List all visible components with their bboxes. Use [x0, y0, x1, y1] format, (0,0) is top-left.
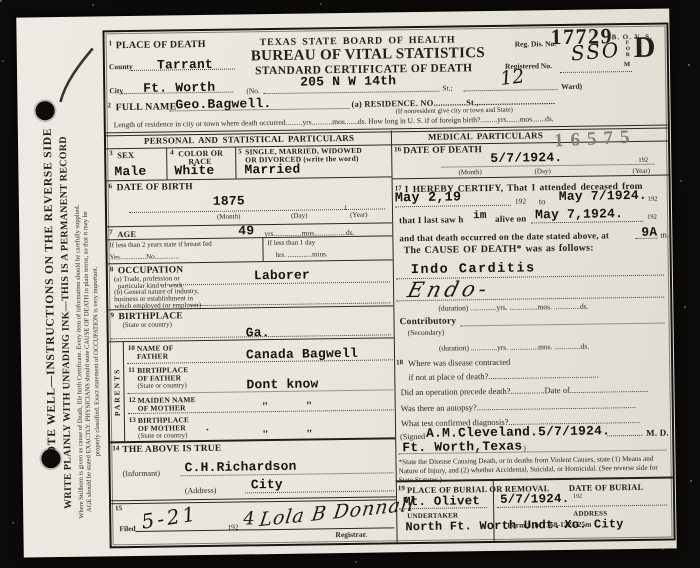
margin-instruction-smallprint: Where Stillborn is given as cause of Dea…: [74, 200, 104, 522]
section-5-number: 5: [238, 147, 242, 155]
section-7-number: 7: [109, 228, 113, 236]
date-of-death-value: 5/7/1924.: [490, 150, 562, 166]
burial-place-line: [399, 507, 487, 509]
form-d-letter: D: [634, 31, 656, 65]
dob-month-label: (Month): [217, 212, 240, 220]
street-value: 205 N W 14th: [300, 73, 396, 89]
age-label: AGE: [117, 229, 136, 239]
mother-birthplace-sub: (State or country): [138, 431, 187, 440]
hrs-mins-label: hrs. ..............mins.: [276, 250, 328, 259]
registered-no-label: Registered No.: [505, 61, 552, 71]
occupation-value: Laborer: [254, 268, 310, 284]
cause-duration-label: (duration) ..............yrs. ..........…: [438, 302, 588, 313]
autopsy-question: Was there an autopsy?...................…: [401, 400, 637, 413]
father-name-label2: FATHER: [137, 351, 168, 360]
certificate-card: NOTE WELL—INSTRUCTIONS ON THE REVERSE SI…: [16, 8, 676, 557]
dob-one-label: 1: [344, 204, 348, 212]
parents-vertical-label: PARENTS: [112, 368, 122, 417]
certify-saw-line: [531, 221, 643, 224]
date-of-burial-label: DATE OF BURIAL: [569, 482, 644, 493]
informant-value: C.H.Richardson: [184, 459, 296, 476]
form-m-letter: M: [624, 61, 630, 68]
dod-month-label: (Month): [458, 168, 481, 176]
section-15-number: 15: [115, 504, 122, 512]
rule-parents-strip: [123, 341, 125, 441]
certify-m-label: m.: [660, 229, 669, 239]
county-label: County: [109, 62, 133, 71]
section-2-number: 2: [107, 101, 111, 109]
registered-no-value: SSO: [570, 37, 621, 65]
filed-date-handwritten: 5-21: [140, 501, 200, 533]
color-race-value: White: [174, 163, 214, 179]
certify-from-line: [395, 205, 511, 208]
informant-label: (Informant): [123, 469, 160, 479]
dod-day-label: (Day): [534, 167, 550, 175]
section-6-number: 6: [109, 182, 113, 190]
rule-age-sub-divider: [262, 237, 263, 261]
certificate-form: 1 PLACE OF DEATH County Tarrant City Ft.…: [102, 22, 675, 548]
rule-sex-color: [166, 147, 167, 179]
dod-192-label: 192: [638, 157, 648, 164]
mother-birthplace-bullet: •: [206, 425, 209, 434]
background-speckles: [0, 0, 2, 2]
informant-address-value: City: [251, 477, 283, 492]
contributory-line: [461, 323, 665, 327]
above-is-true-label: THE ABOVE IS TRUE: [122, 444, 221, 455]
date-of-burial-192: 192: [573, 494, 582, 500]
certify-line2a: that I last saw h: [399, 214, 464, 225]
place-of-death-label: PLACE OF DEATH: [116, 39, 206, 51]
less-than-day-label: If less than 1 day: [267, 238, 315, 247]
ward-label: Ward): [561, 82, 582, 91]
registrar-label: Registrar.: [335, 530, 367, 539]
form-vertical-letters: FOR: [626, 40, 632, 58]
cause-typed-value: Indo Carditis: [411, 261, 536, 278]
file-number-stamp: 16575: [554, 127, 637, 153]
operation-question: Did an operation precede death?.........…: [400, 384, 648, 397]
section-4-number: 4: [170, 148, 174, 156]
undertaker-value: North Ft. Worth Undt.: [405, 518, 561, 534]
date-of-birth-label: DATE OF BIRTH: [117, 182, 193, 193]
marital-value: Married: [244, 162, 300, 178]
address-label: (Address): [185, 486, 217, 495]
contributory-sub-label: (Secondary): [408, 328, 445, 338]
section-14-number: 14: [112, 444, 119, 452]
dob-year-label: (Year): [350, 211, 368, 219]
section-13-number: 13: [129, 416, 136, 424]
certify-him-value: im: [473, 210, 487, 222]
pen-scratch-mark: [55, 44, 100, 107]
street-line-b: [463, 89, 557, 91]
punch-hole-bottom: [41, 449, 60, 468]
disease-contracted-line2: if not at place of death?...............…: [408, 369, 599, 382]
disease-contracted-line1: Where was disease contracted: [408, 357, 510, 368]
certify-line3: and that death occurred on the date stat…: [399, 230, 609, 243]
undertaker-address-value: Xo. City: [564, 517, 623, 532]
signed-line: [607, 435, 642, 436]
registered-no-line: [560, 71, 632, 73]
right-column-header: MEDICAL PARTICULARS: [428, 130, 543, 142]
certify-192-a: 192: [515, 196, 526, 205]
margin-instruction-line1: NOTE WELL—INSTRUCTIONS ON THE REVERSE SI…: [42, 128, 59, 465]
section-10-number: 10: [128, 344, 135, 352]
section-12-number: 12: [129, 396, 136, 404]
certify-line2b: alive on: [495, 213, 526, 223]
street-line-a: [263, 91, 439, 94]
date-of-death-label: DATE OF DEATH: [403, 145, 482, 156]
rule-color-marital: [235, 147, 236, 179]
certify-to-value: May 7/1924.: [559, 188, 647, 204]
date-of-burial-value: 5/7/1924.: [500, 492, 570, 507]
cause-of-death-label: The CAUSE OF DEATH* was as follows:: [403, 243, 593, 257]
birthplace-sub-label: (State or country): [123, 320, 172, 329]
left-column-header: PERSONAL AND STATISTICAL PARTICULARS: [144, 133, 354, 146]
certify-from-value: May 2,19: [395, 190, 462, 206]
dob-day-label: (Day): [291, 212, 307, 220]
sex-value: Male: [114, 164, 146, 179]
breast-fed-label: If less than 2 years state if breast fed: [109, 240, 211, 249]
punch-hole-top: [35, 101, 54, 120]
certify-192-b: 192: [648, 196, 658, 203]
occupation-a-line: [160, 281, 390, 285]
section-16-number: 16: [394, 145, 401, 153]
section-11-number: 11: [128, 366, 135, 374]
certify-saw-value: May 7,1924.: [535, 206, 623, 222]
section-8-number: 8: [110, 265, 114, 273]
section-3-number: 3: [109, 149, 113, 157]
dod-year-label: (Year): [632, 167, 650, 175]
birthplace-value: Ga.: [246, 325, 270, 340]
sex-label: SEX: [117, 150, 134, 160]
margin-instruction-line2: WRITE PLAINLY WITH UNFADING INK—THIS IS …: [58, 136, 74, 509]
street-st-label: St.;: [442, 84, 452, 93]
certify-192-c: 192: [647, 214, 657, 221]
contributory-label: Contributory: [399, 316, 456, 327]
section-1-number: 1: [109, 39, 113, 47]
section-18-number: 18: [396, 358, 403, 366]
section-19-number: 19: [398, 484, 405, 492]
certify-to-label: to: [539, 196, 546, 206]
street-no-label: (No.: [246, 86, 260, 95]
rule-dod-bottom: [392, 174, 669, 179]
md-label: M. D.: [646, 428, 669, 438]
filed-year-handwritten: 4: [243, 508, 255, 529]
father-birthplace-sub: (State or country): [137, 381, 186, 390]
section-9-number: 9: [110, 311, 114, 319]
full-name-label: FULL NAME: [115, 101, 176, 113]
age-value: 49: [238, 223, 254, 238]
yes-no-label: Yes...............No..............: [110, 252, 180, 261]
contributory-duration-label: (duration) ..............yrs. ..........…: [439, 342, 589, 353]
date-of-birth-value: 1875: [213, 193, 245, 208]
filed-label: Filed: [119, 524, 135, 533]
